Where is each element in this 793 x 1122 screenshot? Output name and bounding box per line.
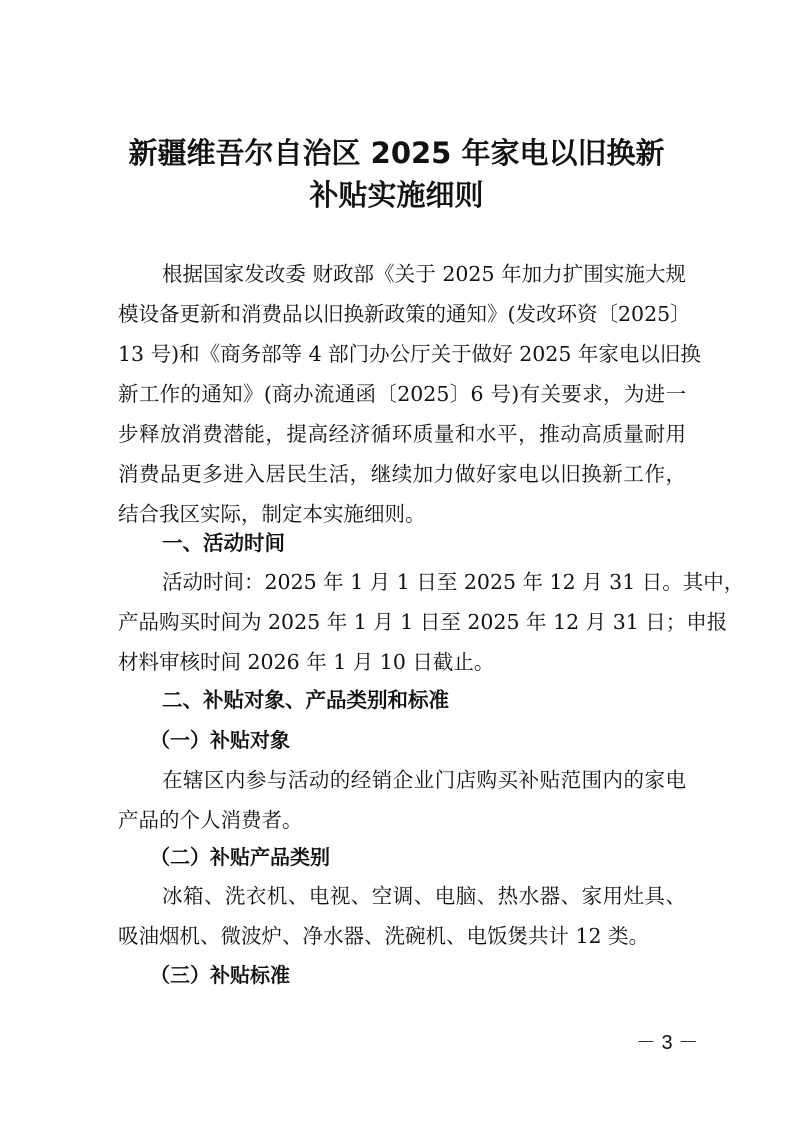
subsection-heading-product-categories: （二）补贴产品类别 bbox=[150, 843, 330, 871]
section-heading-subsidy: 二、补贴对象、产品类别和标准 bbox=[162, 686, 449, 714]
subsection-heading-subsidy-target: （一）补贴对象 bbox=[150, 726, 290, 754]
intro-paragraph-line: 模设备更新和消费品以旧换新政策的通知》(发改环资〔2025〕 bbox=[118, 300, 686, 328]
section-heading-activity-time: 一、活动时间 bbox=[162, 529, 285, 557]
intro-paragraph-line: 消费品更多进入居民生活，继续加力做好家电以旧换新工作， bbox=[118, 460, 686, 488]
intro-paragraph-line: 新工作的通知》(商办流通函〔2025〕6 号)有关要求，为进一 bbox=[118, 380, 686, 408]
section-1-line: 材料审核时间 2026 年 1 月 10 日截止。 bbox=[118, 648, 686, 676]
subsection-2-line: 冰箱、洗衣机、电视、空调、电脑、热水器、家用灶具、 bbox=[162, 882, 686, 910]
section-1-line: 活动时间：2025 年 1 月 1 日至 2025 年 12 月 31 日。其中… bbox=[162, 568, 686, 596]
intro-paragraph-line: 13 号)和《商务部等 4 部门办公厅关于做好 2025 年家电以旧换 bbox=[118, 340, 686, 368]
intro-paragraph-line: 步释放消费潜能，提高经济循环质量和水平，推动高质量耐用 bbox=[118, 420, 686, 448]
section-1-line: 产品购买时间为 2025 年 1 月 1 日至 2025 年 12 月 31 日… bbox=[118, 608, 686, 636]
subsection-2-line: 吸油烟机、微波炉、净水器、洗碗机、电饭煲共计 12 类。 bbox=[118, 922, 686, 950]
subsection-1-line: 产品的个人消费者。 bbox=[118, 806, 686, 834]
intro-paragraph-line: 根据国家发改委 财政部《关于 2025 年加力扩围实施大规 bbox=[162, 260, 686, 288]
intro-paragraph-line: 结合我区实际，制定本实施细则。 bbox=[118, 500, 686, 528]
document-title-line-1: 新疆维吾尔自治区 2025 年家电以旧换新 bbox=[0, 131, 793, 172]
subsection-heading-subsidy-standard: （三）补贴标准 bbox=[150, 961, 290, 989]
subsection-1-line: 在辖区内参与活动的经销企业门店购买补贴范围内的家电 bbox=[162, 766, 686, 794]
document-title-line-2: 补贴实施细则 bbox=[0, 173, 793, 214]
page-number: － 3 － bbox=[636, 1026, 698, 1055]
